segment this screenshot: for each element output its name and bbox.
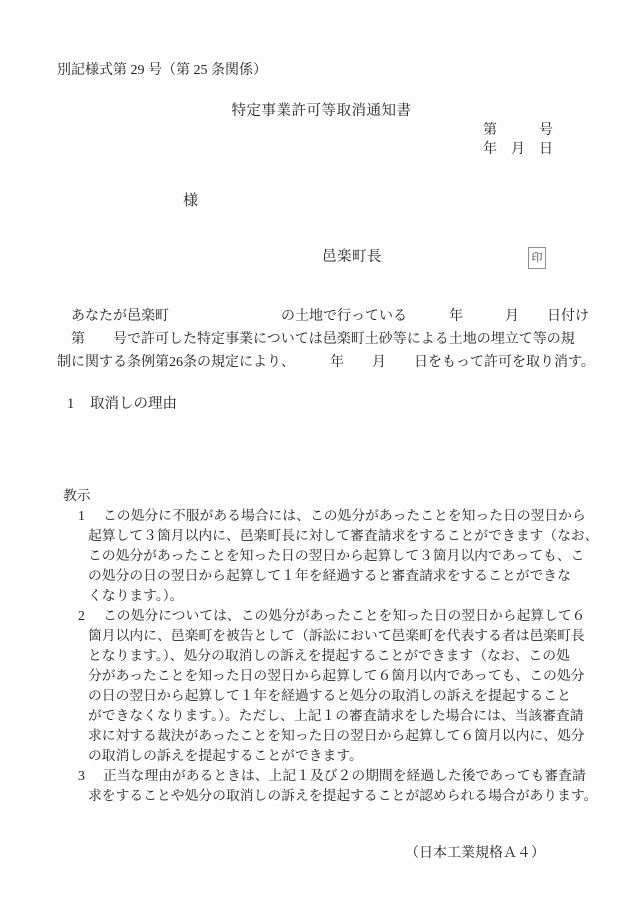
- section-1-title: 取消しの理由: [90, 396, 177, 412]
- notes-heading: 教示: [57, 486, 600, 506]
- notice-item-2-text: この処分については、この処分があったことを知った日の翌日から起算して６ 箇月以内…: [88, 608, 585, 763]
- addressee-line: 様: [57, 193, 600, 210]
- form-reference: 別記様式第 29 号（第 25 条関係）: [57, 62, 600, 79]
- paper-standard-note: （日本工業規格Ａ４）: [57, 845, 600, 862]
- doc-number-line: 第 号: [57, 122, 553, 141]
- document-page: 別記様式第 29 号（第 25 条関係） 特定事業許可等取消通知書 第 号年 月…: [0, 0, 630, 903]
- seal-stamp: 印: [528, 247, 546, 269]
- document-title: 特定事業許可等取消通知書: [43, 103, 600, 120]
- notice-item-2-number: 2: [78, 606, 103, 626]
- issuer-line: 邑楽町長印: [57, 247, 600, 269]
- addressee-honorific: 様: [183, 193, 198, 209]
- notice-item-3-number: 3: [78, 766, 103, 786]
- notice-item-2: 2この処分については、この処分があったことを知った日の翌日から起算して６ 箇月以…: [57, 606, 600, 766]
- doc-number-date-block: 第 号年 月 日: [57, 122, 600, 159]
- body-paragraph: あなたが邑楽町 の土地で行っている 年 月 日付け 第 号で許可した特定事業につ…: [57, 305, 600, 374]
- notice-item-3: 3正当な理由があるときは、上記１及び２の期間を経過した後であっても審査請 求をす…: [57, 766, 600, 806]
- notice-item-3-text: 正当な理由があるときは、上記１及び２の期間を経過した後であっても審査請 求をする…: [88, 768, 597, 803]
- section-1-heading: 1取消しの理由: [57, 396, 600, 413]
- notice-item-1: 1この処分に不服がある場合には、この処分があったことを知った日の翌日から 起算し…: [57, 506, 600, 606]
- section-1-number: 1: [67, 396, 90, 413]
- notice-item-1-text: この処分に不服がある場合には、この処分があったことを知った日の翌日から 起算して…: [88, 508, 598, 603]
- notes-section: 教示 1この処分に不服がある場合には、この処分があったことを知った日の翌日から …: [57, 486, 600, 806]
- issuer-name: 邑楽町長: [322, 249, 382, 265]
- seal-text: 印: [532, 253, 543, 264]
- notice-item-1-number: 1: [78, 506, 103, 526]
- doc-date-line: 年 月 日: [57, 141, 553, 160]
